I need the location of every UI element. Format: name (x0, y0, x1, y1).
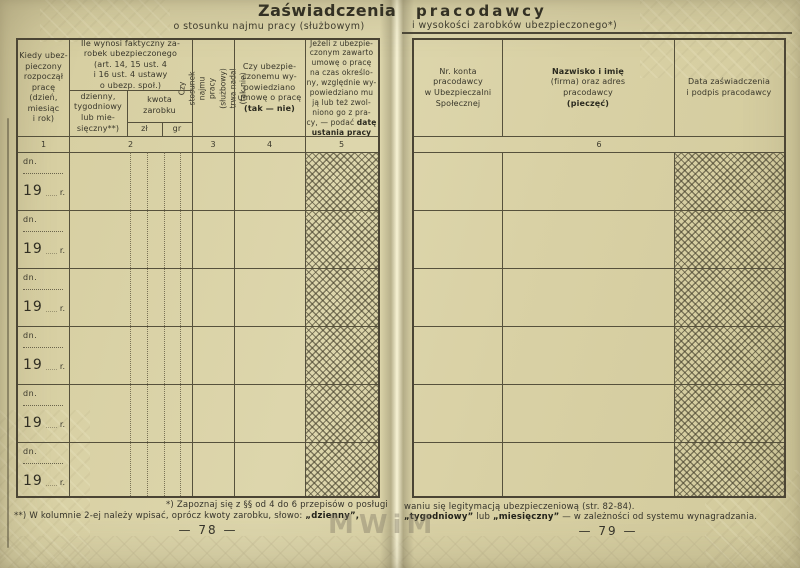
hatched-cell (305, 442, 378, 496)
page-number-right: — 79 — (548, 524, 668, 538)
date-row: dn. 19r. (18, 268, 69, 326)
page-fold (380, 0, 414, 568)
hatched-cell (674, 268, 784, 326)
header-certificate-date: Data zaświadczenia i podpis pracodawcy (674, 40, 784, 136)
hatched-cell (674, 326, 784, 384)
date-row: dn. 19r. (18, 442, 69, 496)
hatched-cell (305, 210, 378, 268)
page-edge (7, 118, 9, 548)
header-earnings-period: dzienny, tygodniowy lub mie- sięczny**) (69, 90, 127, 136)
hatched-cell (305, 326, 378, 384)
hatched-cell (305, 152, 378, 210)
date-row: dn. 19r. (18, 384, 69, 442)
hatched-cell (674, 442, 784, 496)
hatched-cell (674, 152, 784, 210)
title-left-word: Zaświadczenia (258, 1, 390, 20)
album-quilt-pattern (0, 536, 800, 568)
footnote-right-2: „tygodniowy” lub „miesięczny” — w zależn… (404, 512, 757, 522)
subtitle-rule (402, 32, 792, 34)
hatched-cell (674, 210, 784, 268)
title-right-word: pracodawcy (416, 2, 547, 20)
left-table: Kiedy ubez- pieczony rozpoczął pracę (dz… (16, 38, 380, 498)
date-row: dn. 19r. (18, 210, 69, 268)
right-table: Nr. konta pracodawcy w Ubezpieczalni Spo… (412, 38, 786, 498)
footnote-left-2: **) W kolumnie 2-ej należy wpisać, opróc… (14, 511, 359, 521)
footnote-right-1: waniu się legitymacją ubezpieczeniową (s… (404, 502, 635, 512)
hatched-cell (305, 268, 378, 326)
hatched-cell (305, 384, 378, 442)
column-number-1: 1 (18, 136, 69, 152)
hatched-cell (674, 384, 784, 442)
column-number-6: 6 (414, 136, 784, 152)
header-groszy: gr (162, 122, 192, 136)
header-account-number: Nr. konta pracodawcy w Ubezpieczalni Spo… (414, 40, 502, 136)
header-when-started: Kiedy ubez- pieczony rozpoczął pracę (dz… (18, 40, 69, 136)
subtitle-right: i wysokości zarobków ubezpieczonego*) (412, 20, 617, 31)
column-number-5: 5 (305, 136, 378, 152)
header-relation-continues: Czy stosunek najmu pracy (służbowy) trwa… (192, 40, 234, 136)
subtitle-left: o stosunku najmu pracy (służbowym) (148, 21, 390, 32)
header-notice-given: Czy ubezpie- czonemu wy- powiedziano umo… (234, 40, 305, 136)
date-row: dn. 19r. (18, 152, 69, 210)
archive-watermark: MWiM (328, 510, 437, 540)
date-row: dn. 19r. (18, 326, 69, 384)
column-number-3: 3 (192, 136, 234, 152)
footnote-left-1: *) Zapoznaj się z §§ od 4 do 6 przepisów… (100, 500, 388, 510)
page-number-left: — 78 — (148, 523, 268, 537)
column-number-4: 4 (234, 136, 305, 152)
column-number-2: 2 (69, 136, 192, 152)
header-relation-text: Czy stosunek najmu pracy (służbowy) trwa… (178, 68, 238, 109)
header-zloty: zł (127, 122, 162, 136)
header-employer-name: Nazwisko i imię (firma) oraz adres praco… (502, 40, 674, 136)
header-earnings: Ile wynosi faktyczny za- robek ubezpiecz… (69, 40, 192, 90)
header-termination-date: Jeżeli z ubezpie- czonym zawarto umowę o… (305, 40, 378, 136)
scanned-insurance-booklet: Zaświadczenia pracodawcy o stosunku najm… (0, 0, 800, 568)
